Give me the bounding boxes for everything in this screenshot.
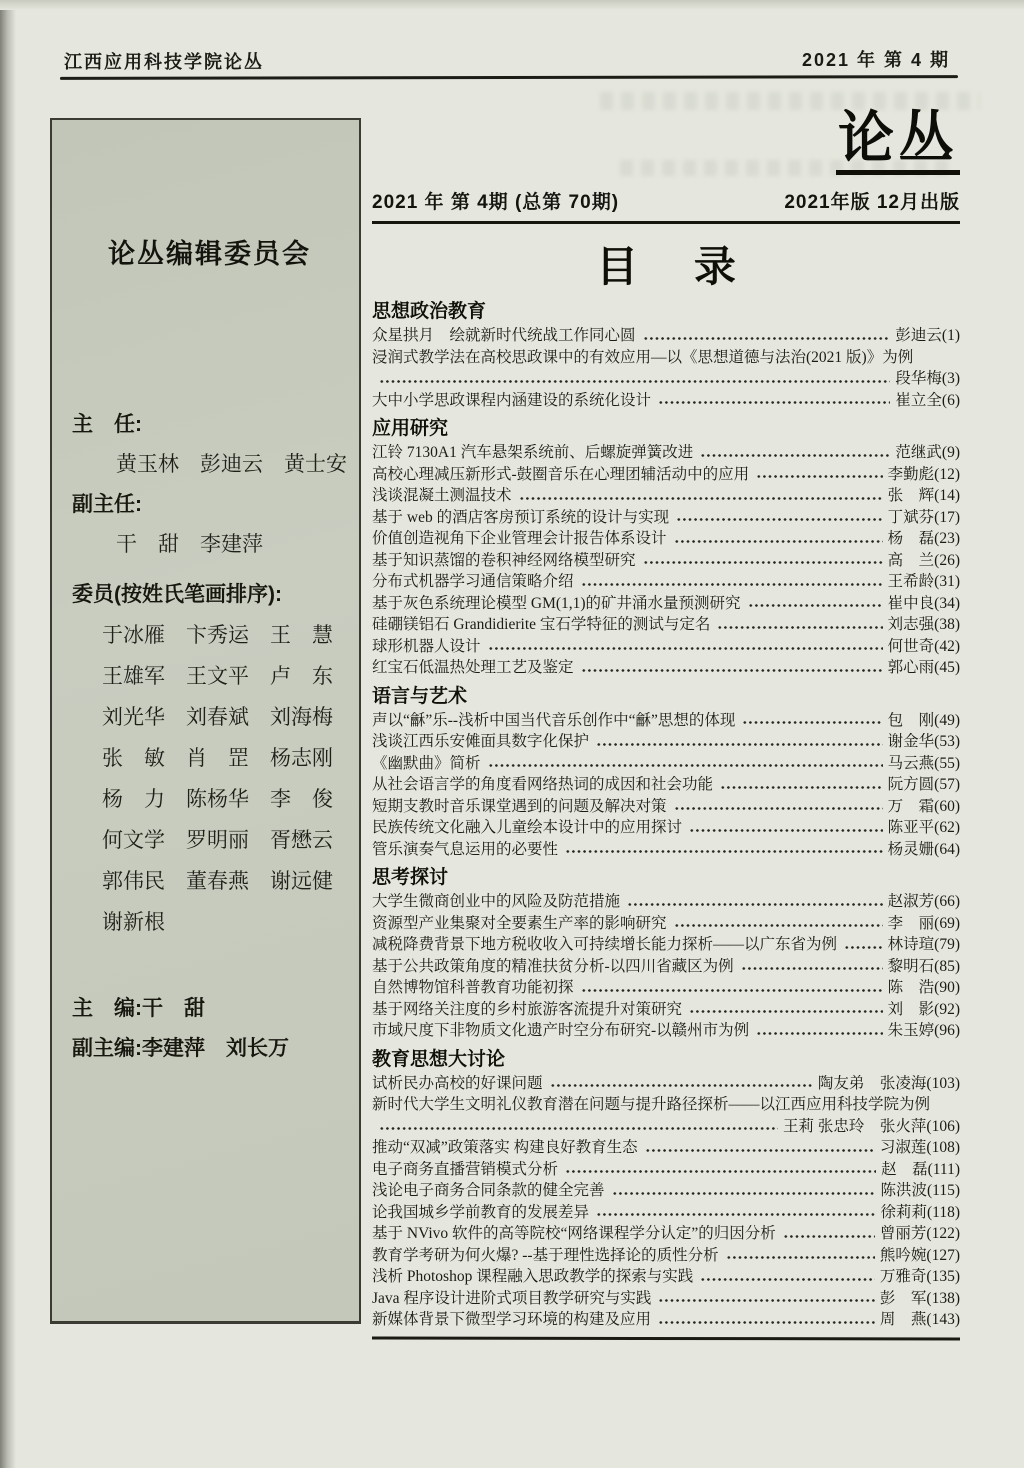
toc-entry: 硅硼镁铝石 Grandidierite 宝石学特征的测试与定名刘志强(38) xyxy=(372,614,960,636)
scan-edge-shadow xyxy=(0,0,16,1468)
toc-entry: 浅论电子商务合同条款的健全完善陈洪波(115) xyxy=(372,1180,960,1202)
toc-entry: 基于公共政策角度的精准扶贫分析-以四川省藏区为例黎明石(85) xyxy=(372,956,960,978)
dot-leader xyxy=(658,1315,875,1330)
entry-title: 基于 NVivo 软件的高等院校“网络课程学分认定”的归因分析 xyxy=(372,1223,776,1245)
entry-title: 教育学考研为何火爆? --基于理性选择论的质性分析 xyxy=(372,1245,719,1267)
editorial-board-title: 论丛编辑委员会 xyxy=(72,232,347,271)
entry-author-page: 张 辉(14) xyxy=(888,485,960,507)
entry-title: 基于网络关注度的乡村旅游客流提升对策研究 xyxy=(372,999,682,1021)
entry-title: 短期支教时音乐课堂遇到的问题及解决对策 xyxy=(372,796,667,818)
entry-author-page: 刘志强(38) xyxy=(888,614,960,636)
dot-leader xyxy=(674,534,883,549)
dot-leader xyxy=(720,780,883,795)
toc-entry: 高校心理减压新形式-鼓圈音乐在心理团辅活动中的应用李勤彪(12) xyxy=(372,464,960,486)
entry-title: 推动“双减”政策落实 构建良好教育生态 xyxy=(372,1137,638,1159)
toc-column: 论丛 2021 年 第 4期 (总第 70期) 2021年版 12月出版 目 录… xyxy=(372,110,960,1340)
toc-entry: 基于 NVivo 软件的高等院校“网络课程学分认定”的归因分析曾丽芳(122) xyxy=(372,1223,960,1245)
toc-entry: Java 程序设计进阶式项目教学研究与实践彭 军(138) xyxy=(372,1288,960,1310)
toc-section-title: 思考探讨 xyxy=(372,866,960,889)
toc-title: 目 录 xyxy=(372,234,960,294)
toc-entry: 电子商务直播营销模式分析赵 磊(111) xyxy=(372,1159,960,1181)
entry-author-page: 陈 浩(90) xyxy=(888,977,960,999)
editorial-board-panel: 论丛编辑委员会 主 任: 黄玉林 彭迪云 黄士安 副主任: 干 甜 李建萍 委员… xyxy=(50,118,361,1324)
toc-entry: 短期支教时音乐课堂遇到的问题及解决对策万 霜(60) xyxy=(372,796,960,818)
dot-leader xyxy=(756,469,883,484)
entry-author-page: 徐莉莉(118) xyxy=(881,1202,961,1224)
dot-leader xyxy=(581,983,883,998)
toc-entry: 浅谈江西乐安傩面具数字化保护谢金华(53) xyxy=(372,731,960,753)
toc-entry: 众星拱月 绘就新时代统战工作同心圆彭迪云(1) xyxy=(372,325,960,347)
entry-author-page: 包 刚(49) xyxy=(888,710,960,732)
toc-entry: 江铃 7130A1 汽车悬架系统前、后螺旋弹簧改进范继武(9) xyxy=(372,442,960,464)
entry-title: 《幽默曲》简析 xyxy=(372,753,481,775)
entry-author-page: 彭迪云(1) xyxy=(895,325,960,347)
entry-author-page: 杨 磊(23) xyxy=(888,528,960,550)
toc-entry: 分布式机器学习通信策略介绍王希龄(31) xyxy=(372,571,960,593)
entry-title: 减税降费背景下地方税收收入可持续增长能力探析——以广东省为例 xyxy=(372,934,837,956)
dot-leader xyxy=(488,641,883,656)
header-rule xyxy=(60,75,958,80)
entry-title: 电子商务直播营销模式分析 xyxy=(372,1159,558,1181)
entry-title: 浅析 Photoshop 课程融入思政教学的探索与实践 xyxy=(372,1266,693,1288)
toc-entry: 大中小学思政课程内涵建设的系统化设计崔立全(6) xyxy=(372,390,960,412)
entry-title: 基于公共政策角度的精准扶贫分析-以四川省藏区为例 xyxy=(372,956,734,978)
entry-author-page: 万 霜(60) xyxy=(888,796,960,818)
toc-entry: 大学生微商创业中的风险及防范措施赵淑芳(66) xyxy=(372,891,960,913)
entry-author-page: 赵 磊(111) xyxy=(881,1159,960,1181)
board-member-row: 王雄军 王文平 卢 东 xyxy=(72,656,347,697)
toc-entry: 推动“双减”政策落实 构建良好教育生态习淑莲(108) xyxy=(372,1137,960,1159)
entry-title: 高校心理减压新形式-鼓圈音乐在心理团辅活动中的应用 xyxy=(372,464,749,486)
dot-leader xyxy=(379,374,890,389)
dot-leader xyxy=(645,1143,875,1158)
toc-entry: 民族传统文化融入儿童绘本设计中的应用探讨陈亚平(62) xyxy=(372,817,960,839)
entry-title: 基于知识蒸馏的卷积神经网络模型研究 xyxy=(372,550,636,572)
entry-title: 江铃 7130A1 汽车悬架系统前、后螺旋弹簧改进 xyxy=(372,442,693,464)
dot-leader xyxy=(756,1026,883,1041)
issue-info-right: 2021年版 12月出版 xyxy=(784,187,960,214)
dot-leader xyxy=(581,577,883,592)
entry-author-page: 阮方圆(57) xyxy=(888,774,960,796)
entry-author-page: 黎明石(85) xyxy=(888,956,960,978)
entry-author-page: 何世奇(42) xyxy=(888,636,960,658)
entry-title: 分布式机器学习通信策略介绍 xyxy=(372,571,574,593)
toc-entry: 基于 web 的酒店客房预订系统的设计与实现丁斌芬(17) xyxy=(372,507,960,529)
entry-title: 市域尺度下非物质文化遗产时空分布研究-以赣州市为例 xyxy=(372,1020,749,1042)
entry-author-page: 习淑莲(108) xyxy=(880,1137,960,1159)
toc-entry: 声以“龢”乐--浅析中国当代音乐创作中“龢”思想的体现包 刚(49) xyxy=(372,710,960,732)
members-list: 于冰雁 卞秀运 王 慧王雄军 王文平 卢 东刘光华 刘春斌 刘海梅张 敏 肖 罡… xyxy=(72,615,347,943)
entry-author-page: 刘 影(92) xyxy=(888,999,960,1021)
dot-leader xyxy=(550,1078,813,1093)
entry-title: 基于 web 的酒店客房预订系统的设计与实现 xyxy=(372,507,669,529)
issue-info-row: 2021 年 第 4期 (总第 70期) 2021年版 12月出版 xyxy=(372,187,960,214)
entry-author-page: 高 兰(26) xyxy=(888,550,960,572)
entry-title: Java 程序设计进阶式项目教学研究与实践 xyxy=(372,1288,651,1310)
toc-entry: 减税降费背景下地方税收收入可持续增长能力探析——以广东省为例林诗瑄(79) xyxy=(372,934,960,956)
dot-leader xyxy=(783,1229,875,1244)
chief-editor-line: 主 编:干 甜 xyxy=(72,989,347,1029)
entry-title: 声以“龢”乐--浅析中国当代音乐创作中“龢”思想的体现 xyxy=(372,710,735,732)
dot-leader xyxy=(674,918,883,933)
toc-entry: 试析民办高校的好课问题陶友弟 张凌海(103) xyxy=(372,1073,960,1095)
entry-title: 浸润式教学法在高校思政课中的有效应用—以《思想道德与法治(2021 版)》为例 xyxy=(372,347,913,369)
entry-title: 论我国城乡学前教育的发展差异 xyxy=(372,1202,589,1224)
dot-leader xyxy=(596,737,883,752)
entry-author-page: 陈亚平(62) xyxy=(888,817,960,839)
toc-entry: 红宝石低温热处理工艺及鉴定郭心雨(45) xyxy=(372,657,960,679)
dot-leader xyxy=(674,801,883,816)
dot-leader xyxy=(581,663,883,678)
scan-top-shadow xyxy=(0,0,1024,10)
deputy-editor-line: 副主编:李建萍 刘长万 xyxy=(72,1029,347,1069)
entry-title: 管乐演奏气息运用的必要性 xyxy=(372,839,558,861)
dot-leader xyxy=(379,1121,778,1136)
entry-author-page: 丁斌芬(17) xyxy=(888,507,960,529)
toc-entry: 基于灰色系统理论模型 GM(1,1)的矿井涌水量预测研究崔中良(34) xyxy=(372,593,960,615)
toc-entry-continuation: 王莉 张忠玲 张火萍(106) xyxy=(372,1116,960,1138)
entry-title: 浅谈江西乐安傩面具数字化保护 xyxy=(372,731,589,753)
toc-entry: 从社会语言学的角度看网络热词的成因和社会功能阮方圆(57) xyxy=(372,774,960,796)
dot-leader xyxy=(565,1164,876,1179)
entry-title: 自然博物馆科普教育功能初探 xyxy=(372,977,574,999)
entry-title: 基于灰色系统理论模型 GM(1,1)的矿井涌水量预测研究 xyxy=(372,593,741,615)
dot-leader xyxy=(748,598,883,613)
director-label: 主 任: xyxy=(72,405,347,445)
toc-entry: 市域尺度下非物质文化遗产时空分布研究-以赣州市为例朱玉婷(96) xyxy=(372,1020,960,1042)
board-member-row: 何文学 罗明丽 胥懋云 xyxy=(72,820,347,861)
toc-entry: 价值创造视角下企业管理会计报告体系设计杨 磊(23) xyxy=(372,528,960,550)
toc-entry-continuation: 段华梅(3) xyxy=(372,368,960,390)
entry-title: 浅谈混凝土测温技术 xyxy=(372,485,512,507)
dot-leader xyxy=(689,823,883,838)
toc-section-title: 语言与艺术 xyxy=(372,685,960,708)
entry-author-page: 范继武(9) xyxy=(895,442,960,464)
dot-leader xyxy=(658,1293,875,1308)
toc-entry: 教育学考研为何火爆? --基于理性选择论的质性分析熊吟婉(127) xyxy=(372,1245,960,1267)
toc-entry: 基于网络关注度的乡村旅游客流提升对策研究刘 影(92) xyxy=(372,999,960,1021)
page-header-journal-name: 江西应用科技学院论丛 xyxy=(64,48,264,74)
entry-author-page: 崔立全(6) xyxy=(895,390,960,412)
entry-author-page: 周 燕(143) xyxy=(880,1309,960,1331)
entry-author-page: 王希龄(31) xyxy=(888,571,960,593)
entry-author-page: 陶友弟 张凌海(103) xyxy=(818,1073,960,1095)
entry-title: 新时代大学生文明礼仪教育潜在问题与提升路径探析——以江西应用科技学院为例 xyxy=(372,1094,930,1116)
entry-author-page: 谢金华(53) xyxy=(888,731,960,753)
board-member-row: 张 敏 肖 罡 杨志刚 xyxy=(72,738,347,779)
dot-leader xyxy=(627,897,883,912)
dot-leader xyxy=(643,331,891,346)
toc-sections: 思想政治教育众星拱月 绘就新时代统战工作同心圆彭迪云(1)浸润式教学法在高校思政… xyxy=(372,300,960,1331)
board-member-row: 于冰雁 卞秀运 王 慧 xyxy=(72,615,347,656)
entry-title: 众星拱月 绘就新时代统战工作同心圆 xyxy=(372,325,636,347)
dot-leader xyxy=(565,844,883,859)
members-label: 委员(按姓氏笔画排序): xyxy=(72,575,347,615)
page-header-issue: 2021 年 第 4 期 xyxy=(802,46,950,72)
board-member-row: 谢新根 xyxy=(72,902,347,943)
scanned-journal-toc-page: { "page_header": { "left": "江西应用科技学院论丛",… xyxy=(0,0,1024,1468)
entry-author-page: 马云燕(55) xyxy=(888,753,960,775)
toc-entry: 管乐演奏气息运用的必要性杨灵姗(64) xyxy=(372,839,960,861)
toc-entry: 《幽默曲》简析马云燕(55) xyxy=(372,753,960,775)
issue-info-left: 2021 年 第 4期 (总第 70期) xyxy=(372,187,619,214)
toc-entry: 自然博物馆科普教育功能初探陈 浩(90) xyxy=(372,977,960,999)
journal-masthead: 论丛 xyxy=(372,110,960,175)
entry-title: 大学生微商创业中的风险及防范措施 xyxy=(372,891,620,913)
toc-entry: 论我国城乡学前教育的发展差异徐莉莉(118) xyxy=(372,1202,960,1224)
dot-leader xyxy=(689,1004,883,1019)
entry-author-page: 陈洪波(115) xyxy=(881,1180,961,1202)
entry-title: 球形机器人设计 xyxy=(372,636,481,658)
dot-leader xyxy=(844,940,883,955)
director-names: 黄玉林 彭迪云 黄士安 xyxy=(72,445,347,485)
entry-author-page: 王莉 张忠玲 张火萍(106) xyxy=(783,1116,960,1138)
dot-leader xyxy=(676,512,883,527)
toc-section-title: 应用研究 xyxy=(372,417,960,440)
dot-leader xyxy=(519,491,883,506)
entry-author-page: 李 丽(69) xyxy=(888,913,960,935)
deputy-director-names: 干 甜 李建萍 xyxy=(72,525,347,565)
entry-author-page: 曾丽芳(122) xyxy=(880,1223,960,1245)
entry-author-page: 杨灵姗(64) xyxy=(888,839,960,861)
dot-leader xyxy=(741,961,883,976)
toc-entry: 球形机器人设计何世奇(42) xyxy=(372,636,960,658)
toc-entry: 浅谈混凝土测温技术张 辉(14) xyxy=(372,485,960,507)
toc-entry: 新时代大学生文明礼仪教育潜在问题与提升路径探析——以江西应用科技学院为例 xyxy=(372,1094,960,1116)
entry-title: 从社会语言学的角度看网络热词的成因和社会功能 xyxy=(372,774,713,796)
toc-entry: 资源型产业集聚对全要素生产率的影响研究李 丽(69) xyxy=(372,913,960,935)
entry-author-page: 彭 军(138) xyxy=(880,1288,960,1310)
entry-author-page: 赵淑芳(66) xyxy=(888,891,960,913)
entry-author-page: 郭心雨(45) xyxy=(888,657,960,679)
dot-leader xyxy=(742,715,882,730)
toc-entry: 浸润式教学法在高校思政课中的有效应用—以《思想道德与法治(2021 版)》为例 xyxy=(372,347,960,369)
toc-section-title: 思想政治教育 xyxy=(372,300,960,323)
dot-leader xyxy=(700,1272,875,1287)
entry-title: 红宝石低温热处理工艺及鉴定 xyxy=(372,657,574,679)
board-member-row: 杨 力 陈杨华 李 俊 xyxy=(72,779,347,820)
entry-title: 民族传统文化融入儿童绘本设计中的应用探讨 xyxy=(372,817,682,839)
dot-leader xyxy=(700,448,890,463)
entry-author-page: 段华梅(3) xyxy=(895,368,960,390)
entry-author-page: 万雅奇(135) xyxy=(880,1266,960,1288)
board-member-row: 刘光华 刘春斌 刘海梅 xyxy=(72,697,347,738)
issue-rule xyxy=(372,221,960,224)
entry-title: 资源型产业集聚对全要素生产率的影响研究 xyxy=(372,913,667,935)
dot-leader xyxy=(658,395,890,410)
journal-masthead-title: 论丛 xyxy=(836,110,960,175)
entry-author-page: 崔中良(34) xyxy=(888,593,960,615)
dot-leader xyxy=(717,620,882,635)
toc-section-title: 教育思想大讨论 xyxy=(372,1048,960,1071)
dot-leader xyxy=(643,555,883,570)
dot-leader xyxy=(488,758,883,773)
board-member-row: 郭伟民 董春燕 谢远健 xyxy=(72,861,347,902)
entry-title: 试析民办高校的好课问题 xyxy=(372,1073,543,1095)
entry-title: 价值创造视角下企业管理会计报告体系设计 xyxy=(372,528,667,550)
bottom-rule xyxy=(372,1336,960,1340)
dot-leader xyxy=(612,1186,876,1201)
toc-entry: 新媒体背景下微型学习环境的构建及应用周 燕(143) xyxy=(372,1309,960,1331)
entry-author-page: 林诗瑄(79) xyxy=(888,934,960,956)
toc-entry: 基于知识蒸馏的卷积神经网络模型研究高 兰(26) xyxy=(372,550,960,572)
toc-entry: 浅析 Photoshop 课程融入思政教学的探索与实践万雅奇(135) xyxy=(372,1266,960,1288)
entry-title: 硅硼镁铝石 Grandidierite 宝石学特征的测试与定名 xyxy=(372,614,710,636)
entry-author-page: 朱玉婷(96) xyxy=(888,1020,960,1042)
entry-author-page: 李勤彪(12) xyxy=(888,464,960,486)
entry-title: 大中小学思政课程内涵建设的系统化设计 xyxy=(372,390,651,412)
entry-author-page: 熊吟婉(127) xyxy=(880,1245,960,1267)
entry-title: 浅论电子商务合同条款的健全完善 xyxy=(372,1180,605,1202)
deputy-director-label: 副主任: xyxy=(72,485,347,525)
dot-leader xyxy=(596,1207,875,1222)
dot-leader xyxy=(726,1250,875,1265)
entry-title: 新媒体背景下微型学习环境的构建及应用 xyxy=(372,1309,651,1331)
